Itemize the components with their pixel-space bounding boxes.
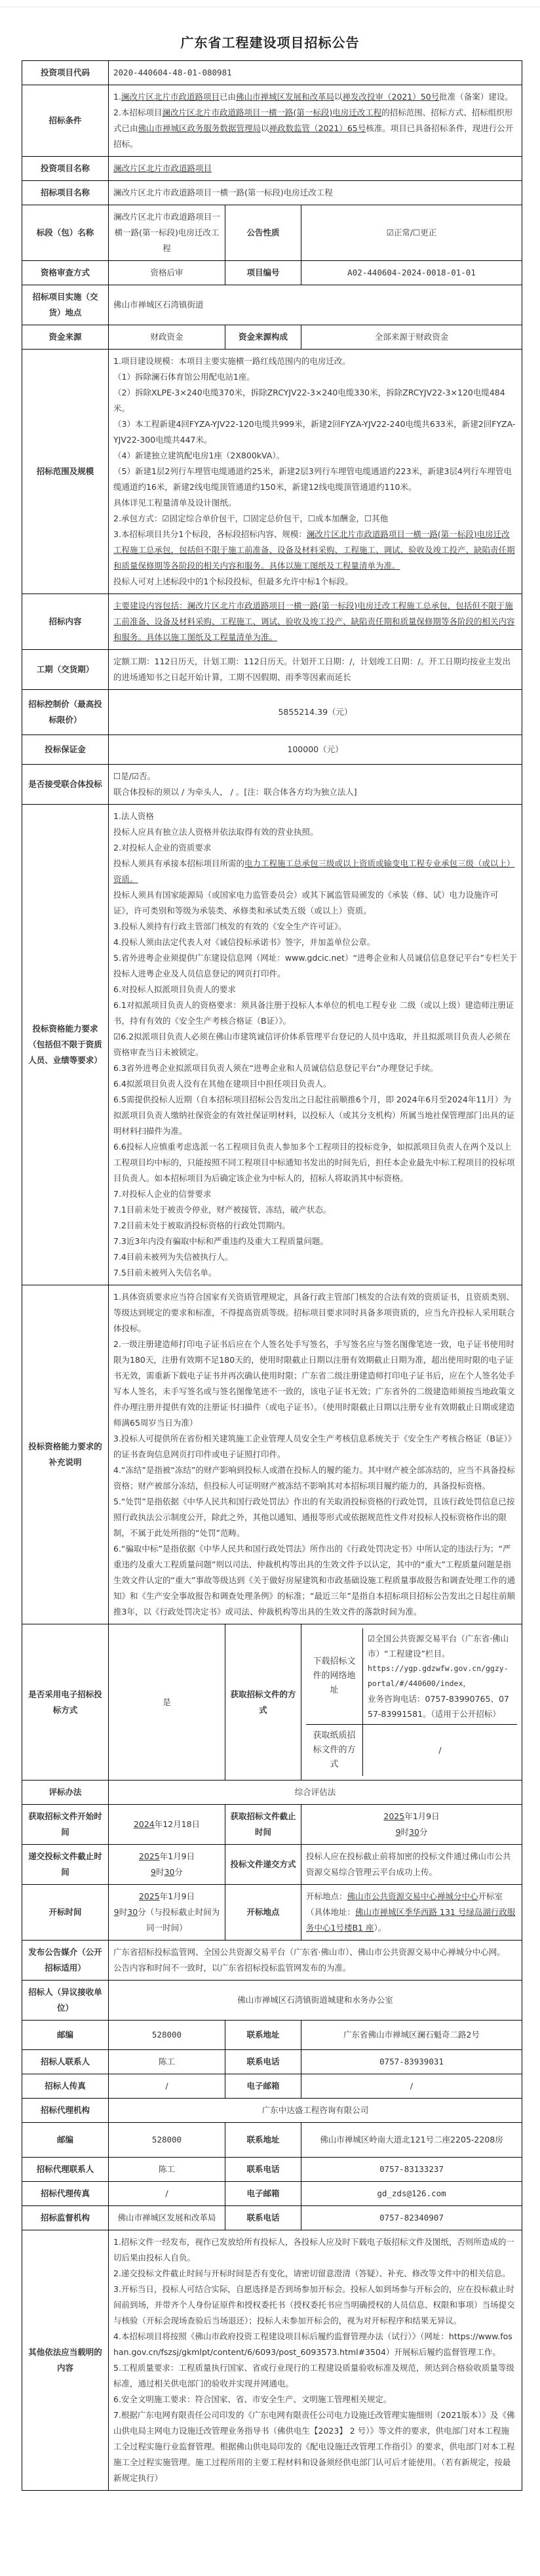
verifying-authority: 佛山市禅城区政务服务数据管理局 — [138, 123, 261, 133]
section-name-value: 澜改片区北片市政道路项目一横一路(第一标段)电房迁改工程 — [109, 205, 225, 261]
deposit-value: 100000（元） — [109, 735, 522, 765]
other-value: 1.招标文件一经发布，视作已发放给所有投标人，各投标人应及时下载电子版招标文件及… — [109, 2230, 522, 2491]
opening-place-value: 开标地点：佛山市公共资源交易中心禅城分中心开标室（具体地址：佛山市禅城区季华西路… — [301, 1885, 522, 1941]
text: 批准（备案）建设。 — [439, 92, 513, 102]
tenderer-value: 佛山市禅城区石湾镇街道城建和水务办公室 — [109, 1981, 522, 2021]
row-other: 其他依法应当载明的内容 1.招标文件一经发布，视作已发放给所有投标人，各投标人应… — [22, 2230, 522, 2491]
agency-zip-value: 528000 — [109, 2123, 225, 2158]
paper-row: 获取纸质招标文件的方式 / — [306, 1725, 517, 1777]
row-control-price: 招标控制价（最高投标限价） 5855214.39（元） — [22, 690, 522, 735]
content-value: 主要建设内容包括：澜改片区北片市政道路项目一横一路(第一标段)电房迁改工程施工总… — [109, 594, 522, 650]
tenderer-person-value: 陈工 — [109, 2050, 225, 2074]
doc-start-label: 获取招标文件开始时间 — [22, 1805, 109, 1845]
agency-email-label: 电子邮箱 — [225, 2182, 301, 2206]
text: 开标地点： — [306, 1891, 347, 1901]
supplement-line: 2.一级注册建造师打印电子证书后应在个人签名处手写签名，手写签名应与签名图像笔迹… — [113, 1337, 517, 1431]
bid-conditions-line2: 2.本招标项目澜改片区北片市政道路项目一横一路(第一标段)电房迁改工程的招标范围… — [113, 105, 517, 152]
row-agency: 招标代理机构 广东中达盛工程咨询有限公司 — [22, 2099, 522, 2123]
other-line: 3.开标当日，投标人可结合实际，自愿选择是否到场参加开标会。投标人如到场参与开标… — [113, 2282, 517, 2329]
tenderer-fax-label: 招标人传真 — [22, 2074, 109, 2099]
row-evaluation: 评标办法 综合评估法 — [22, 1781, 522, 1805]
requirement-line: 投标人须具有国家能源局（或国家电力监管委员会）或其下属监管局颁发的《承装（修、试… — [113, 887, 517, 919]
other-line: 7.根据广东电网有限责任公司印发的《广东电网有限责任公司电力设施迁改管理实施细则… — [113, 2407, 517, 2486]
row-submission: 递交投标文件截止时间 2025年1月9日 9时30分 投标文件递交方式 投标人应… — [22, 1845, 522, 1885]
project-name-link: 澜改片区北片市政道路项目 — [121, 92, 220, 102]
year: 2024 — [134, 1819, 155, 1829]
minute: 30 — [127, 1907, 138, 1917]
requirements-value: 1.法人资格 投标人应具有独立法人资格并依法取得有效的营业执照。 2.对投标人企… — [109, 805, 522, 1285]
scope-line: 投标人可对上述标段中的1个标段投标，但最多允许中标1个标段。 — [113, 574, 517, 590]
media-list: 广东省招标投标监管网、全国公共资源交易平台（广东省·佛山市）、佛山市公共资源交易… — [113, 1944, 517, 1960]
media-value: 广东省招标投标监管网、全国公共资源交易平台（广东省·佛山市）、佛山市公共资源交易… — [109, 1941, 522, 1981]
requirement-line: 3.投标人须持有行政主管部门核发的有效的《安全生产许可证》。 — [113, 919, 517, 935]
year: 2025 — [139, 1851, 160, 1861]
venue: 佛山市公共资源交易中心禅城分中心 — [347, 1891, 478, 1901]
supplement-line: 4.“冻结”是指被“冻结”的财产影响到投标人或潜在投标人的履约能力。其中财产被全… — [113, 1462, 517, 1494]
download-label: 下载招标文件的网络地址 — [306, 1628, 363, 1725]
platform-name: ☑全国公共资源交易平台（广东省·佛山市）“工程建设”栏目。 — [368, 1631, 512, 1661]
investment-name-value: 澜改片区北片市政道路项目 — [109, 157, 522, 181]
scope-line: （4）新建独立建筑配电房1座（2X800kVA）。 — [113, 448, 517, 464]
control-price-value: 5855214.39（元） — [109, 690, 522, 735]
download-url-link[interactable]: https://ygp.gdzwfw.gov.cn/ggzy-portal/#/… — [368, 1661, 512, 1691]
tenderer-person-label: 招标人联系人 — [22, 2050, 109, 2074]
date: 年12月18日 — [155, 1819, 200, 1829]
supplement-label: 投标资格能力要求的补充说明 — [22, 1285, 109, 1624]
opening-value: 2025年1月9日 9时30分（与投标截止时间为同一时间） — [109, 1885, 225, 1941]
doc-end-value: 2025年1月9日 9时30分 — [301, 1805, 522, 1845]
qualification-label: 资格审查方式 — [22, 261, 109, 285]
tenderer-email-value: / — [301, 2074, 522, 2099]
agency-person-value: 陈工 — [109, 2158, 225, 2182]
supplement-line: 6.“骗取中标”是指依据《中华人民共和国行政处罚法》所作出的《行政处罚决定书》中… — [113, 1541, 517, 1620]
text: 主要建设内容包括： — [113, 601, 187, 611]
row-content: 招标内容 主要建设内容包括：澜改片区北片市政道路项目一横一路(第一标段)电房迁改… — [22, 594, 522, 650]
requirement-line: 6.4拟派项目负责人没有在其他在建项目中担任项目负责人。 — [113, 1076, 517, 1092]
approving-authority: 佛山市禅城区发展和改革局 — [236, 92, 334, 102]
evaluation-label: 评标办法 — [22, 1781, 109, 1805]
hour: 9 — [396, 1827, 401, 1837]
text: 1. — [113, 92, 121, 102]
text: 投标人须具有承接本招标项目所需的 — [113, 858, 244, 868]
scope-line: （2）拆除XLPE-3×240电缆370米，拆除ZRCYJV22-3×240电缆… — [113, 385, 517, 416]
obtain-method-label: 获取招标文件的方式 — [225, 1624, 301, 1781]
agency-phone-label: 联系电话 — [225, 2158, 301, 2182]
control-price-label: 招标控制价（最高投标限价） — [22, 690, 109, 735]
consortium-value: ☐是/☑否。 联合体投标的须以 / 为牵头人， / 。[注：联合体各方均为独立法… — [109, 765, 522, 805]
obtain-method-subtable: 下载招标文件的网络地址 ☑全国公共资源交易平台（广东省·佛山市）“工程建设”栏目… — [306, 1628, 517, 1776]
row-section-name: 标段（包）名称 澜改片区北片市政道路项目一横一路(第一标段)电房迁改工程 公告性… — [22, 205, 522, 261]
row-investment-code: 投资项目代码 2020-440604-48-01-080981 — [22, 61, 522, 85]
scope-line: （5）新建1层2列行车埋管电缆通道约25米，新建2层3列行车埋管电缆通道约223… — [113, 464, 517, 495]
opening-note: （与投标截止时间为同一时间） — [146, 1907, 220, 1933]
tenderer-addr-label: 联系地址 — [225, 2021, 301, 2050]
opening-label: 开标时间 — [22, 1885, 109, 1941]
qualification-value: 资格后审 — [109, 261, 225, 285]
requirement-line: 6.3省外进粤企业拟派项目负责人须在“进粤企业和人员诚信信息登记平台”办理登记手… — [113, 1060, 517, 1076]
row-doc-time: 获取招标文件开始时间 2024年12月18日 获取招标文件截止时间 2025年1… — [22, 1805, 522, 1845]
date: 年1月9日 — [160, 1891, 195, 1901]
requirement-line: 7.2目前未处于被取消投标资格的行政处罚期内。 — [113, 1218, 517, 1234]
tenderer-phone-label: 联系电话 — [225, 2050, 301, 2074]
paper-label: 获取纸质招标文件的方式 — [306, 1725, 363, 1777]
opening-place-label: 开标地点 — [225, 1885, 301, 1941]
duration-value: 定额工期：112日历天，计划工期：112日历天。计划开工日期：/，计划竣工日期：… — [109, 650, 522, 690]
investment-code-label: 投资项目代码 — [22, 61, 109, 85]
minute: 30 — [164, 1867, 175, 1877]
tender-announcement-table: 投资项目代码 2020-440604-48-01-080981 招标条件 1.澜… — [22, 60, 522, 2491]
verification-number: 禅政数监管（2021）65号 — [269, 123, 366, 133]
tenderer-label: 招标人（异议接收单位） — [22, 1981, 109, 2021]
announcement-nature-value: ☑正常/☐更正 — [301, 205, 522, 261]
row-tenderer-fax: 招标人传真 / 电子邮箱 / — [22, 2074, 522, 2099]
row-tender-name: 招标项目名称 澜改片区北片市政道路项目一横一路(第一标段)电房迁改工程 — [22, 181, 522, 205]
agency-fax-value: / — [109, 2182, 225, 2206]
requirement-line: 6.对投标人拟派项目负责人的要求 — [113, 982, 517, 997]
supervision-phone-label: 联系电话 — [225, 2206, 301, 2230]
submission-value: 2025年1月9日 9时30分 — [109, 1845, 225, 1885]
submission-method-value: 投标人应在投标截止前将加密的投标文件通过佛山市公共资源交易综合管理云平台成功上传… — [301, 1845, 522, 1885]
row-location: 招标项目实施（交货）地点 佛山市禅城区石湾镇街道 — [22, 285, 522, 325]
requirement-line: 7.5目前未被列入失信名单。 — [113, 1265, 517, 1281]
hour: 9 — [114, 1907, 119, 1917]
date: 年1月9日 — [404, 1811, 439, 1821]
text: ）。 — [374, 1923, 386, 1933]
requirement-line: 7.3近3年内没有骗取中标和严重违约及重大工程质量问题。 — [113, 1234, 517, 1249]
agency-label: 招标代理机构 — [22, 2099, 109, 2123]
agency-person-label: 招标代理联系人 — [22, 2158, 109, 2182]
row-funding: 资金来源 财政资金 资金来源构成 全部来源于财政资金 — [22, 325, 522, 350]
other-line: 2.递交投标文件截止时间与开标时间是否有变化，请密切留意澄清（答疑）、补充、修改… — [113, 2266, 517, 2282]
bid-conditions-value: 1.澜改片区北片市政道路项目已由佛山市禅城区发展和改革局以禅发改投审（2021）… — [109, 85, 522, 157]
consult-phone: 业务咨询电话：0757-83990765、0757-83991581。（适用于公… — [368, 1691, 512, 1721]
supervision-label: 招标监督机构 — [22, 2206, 109, 2230]
row-requirements: 投标资格能力要求（包括但不限于资质人员、业绩等要求） 1.法人资格 投标人应具有… — [22, 805, 522, 1285]
agency-addr-label: 联系地址 — [225, 2123, 301, 2158]
agency-zip-label: 邮编 — [22, 2123, 109, 2158]
supervision-value: 佛山市禅城区发展和改革局 — [109, 2206, 225, 2230]
supervision-phone-value: 0757-82340907 — [301, 2206, 522, 2230]
row-media: 发布公告媒介（公开招标适用） 广东省招标投标监管网、全国公共资源交易平台（广东省… — [22, 1941, 522, 1981]
row-scope: 招标范围及规模 1.项目建设规模：本项目主要实施横一路红线范围内的电房迁改。 （… — [22, 350, 522, 594]
announcement-nature-label: 公告性质 — [225, 205, 301, 261]
tenderer-fax-value: / — [109, 2074, 225, 2099]
tender-project-name: 澜改片区北片市政道路项目一横一路(第一标段)电房迁改工程 — [162, 108, 381, 117]
row-deposit: 投标保证金 100000（元） — [22, 735, 522, 765]
tenderer-addr-value: 广东省佛山市禅城区澜石魁奇二路2号 — [301, 2021, 522, 2050]
scope-line: 具体详见工程量清单及设计图纸。 — [113, 495, 517, 511]
agency-addr-value: 佛山市禅城区岭南大道北121号二座2205-2208房 — [301, 2123, 522, 2158]
row-bid-conditions: 招标条件 1.澜改片区北片市政道路项目已由佛山市禅城区发展和改革局以禅发改投审（… — [22, 85, 522, 157]
other-line: 5.工程质量要求：工程质量执行国家、省或行业现行的工程建设质量验收标准及规范，须… — [113, 2360, 517, 2392]
submission-method-label: 投标文件递交方式 — [225, 1845, 301, 1885]
download-row: 下载招标文件的网络地址 ☑全国公共资源交易平台（广东省·佛山市）“工程建设”栏目… — [306, 1628, 517, 1725]
row-agency-fax: 招标代理传真 / 电子邮箱 gd_zds@126.com — [22, 2182, 522, 2206]
agency-phone-value: 0757-83133237 — [301, 2158, 522, 2182]
requirement-line: 1.法人资格 — [113, 809, 517, 824]
scope-line: （3）本工程新建4回FYZA-YJV22-120电缆共999米，新建2回FYZA… — [113, 416, 517, 448]
page-title: 广东省工程建设项目招标公告 — [0, 32, 540, 51]
supplement-line: 1.具体资质要求应当符合国家有关资质管理规定，具备行政主管部门核发的合法有效的资… — [113, 1289, 517, 1337]
evaluation-value: 综合评估法 — [109, 1781, 522, 1805]
bid-conditions-line1: 1.澜改片区北片市政道路项目已由佛山市禅城区发展和改革局以禅发改投审（2021）… — [113, 89, 517, 105]
investment-code-value: 2020-440604-48-01-080981 — [109, 61, 522, 85]
contract-type-line: 2.承包方式：☑固定综合单价包干，☐固定总价包干，☐成本加酬金，☐其他 — [113, 511, 517, 527]
bid-conditions-label: 招标条件 — [22, 85, 109, 157]
project-number-label: 项目编号 — [225, 261, 301, 285]
agency-value: 广东中达盛工程咨询有限公司 — [109, 2099, 522, 2123]
year: 2025 — [383, 1811, 404, 1821]
doc-start-value: 2024年12月18日 — [109, 1805, 225, 1845]
other-line: 4.本招标项目将按照《佛山市政府投资工程建设项目标后履约监督管理办法（试行）》（… — [113, 2329, 517, 2360]
requirement-line: 4.投标人须由法定代表人对《诚信投标承诺书》签字，并加盖单位公章。 — [113, 935, 517, 950]
investment-name-label: 投资项目名称 — [22, 157, 109, 181]
row-opening: 开标时间 2025年1月9日 9时30分（与投标截止时间为同一时间） 开标地点 … — [22, 1885, 522, 1941]
media-note: 公告内容和时间不一致时，以广东省招标投标监管网发布的为准。 — [113, 1960, 517, 1976]
row-duration: 工期（交货期） 定额工期：112日历天，计划工期：112日历天。计划开工日期：/… — [22, 650, 522, 690]
other-line: 1.招标文件一经发布，视作已发放给所有投标人，各投标人应及时下载电子版招标文件及… — [113, 2234, 517, 2266]
funding-value: 财政资金 — [109, 325, 225, 350]
project-number-value: A02-440604-2024-0018-01-01 — [301, 261, 522, 285]
requirement-line: ☑6.2拟派项目负责人必须在佛山市建筑诚信评价体系管理平台登记的人员中选取，并且… — [113, 1029, 517, 1060]
row-tenderer-zip: 邮编 528000 联系地址 广东省佛山市禅城区澜石魁奇二路2号 — [22, 2021, 522, 2050]
year: 2025 — [139, 1891, 160, 1901]
tenderer-email-label: 电子邮箱 — [225, 2074, 301, 2099]
requirements-label: 投标资格能力要求（包括但不限于资质人员、业绩等要求） — [22, 805, 109, 1285]
row-qualification: 资格审查方式 资格后审 项目编号 A02-440604-2024-0018-01… — [22, 261, 522, 285]
bottom-whitespace — [0, 2491, 540, 2576]
submission-label: 递交投标文件截止时间 — [22, 1845, 109, 1885]
supplement-line: 5.“处罚”是指依据《中华人民共和国行政处罚法》作出的有关取消投标资格的行政处罚… — [113, 1494, 517, 1541]
scope-line-3: 3.本招标项目共分1个标段，各标段招标内容、规模：澜改片区北片市政道路项目一横一… — [113, 527, 517, 574]
tender-name-label: 招标项目名称 — [22, 181, 109, 205]
row-supervision: 招标监督机构 佛山市禅城区发展和改革局 联系电话 0757-82340907 — [22, 2206, 522, 2230]
doc-end-label: 获取招标文件截止时间 — [225, 1805, 301, 1845]
row-agency-zip: 邮编 528000 联系地址 佛山市禅城区岭南大道北121号二座2205-220… — [22, 2123, 522, 2158]
row-electronic: 是否采用电子招标投标方式 是 获取招标文件的方式 下载招标文件的网络地址 ☑全国… — [22, 1624, 522, 1781]
scope-line: 1.项目建设规模：本项目主要实施横一路红线范围内的电房迁改。 — [113, 353, 517, 369]
tenderer-zip-value: 528000 — [109, 2021, 225, 2050]
location-value: 佛山市禅城区石湾镇街道 — [109, 285, 522, 325]
funding-label: 资金来源 — [22, 325, 109, 350]
approval-number: 禅发改投审（2021）50号 — [343, 92, 440, 102]
tenderer-zip-label: 邮编 — [22, 2021, 109, 2050]
download-value: ☑全国公共资源交易平台（广东省·佛山市）“工程建设”栏目。 https://yg… — [363, 1628, 518, 1725]
requirement-line: 7.1目前未处于被责令停业，财产被接管、冻结，破产状态。 — [113, 1202, 517, 1218]
requirement-line: 6.1对拟派项目负责人的资格要求：须具备注册于投标人本单位的机电工程专业 二级（… — [113, 997, 517, 1029]
requirement-line: 5.省外进粤企业须提供广东建设信息网（网址：www.gdcic.net）“进粤企… — [113, 950, 517, 982]
consortium-choice: ☐是/☑否。 — [113, 769, 517, 784]
media-label: 发布公告媒介（公开招标适用） — [22, 1941, 109, 1981]
requirement-line: 7.对投标人企业的信誉要求 — [113, 1186, 517, 1202]
text: 2.本招标项目 — [113, 108, 162, 117]
text: 以 — [261, 123, 269, 133]
funding-composition-label: 资金来源构成 — [225, 325, 301, 350]
requirement-line: 7.4目前未被列为失信被执行人。 — [113, 1249, 517, 1265]
row-consortium: 是否接受联合体投标 ☐是/☑否。 联合体投标的须以 / 为牵头人， / 。[注：… — [22, 765, 522, 805]
text: 3.本招标项目共分1个标段，各标段招标内容、规模： — [113, 529, 307, 539]
deposit-label: 投标保证金 — [22, 735, 109, 765]
hour: 9 — [151, 1867, 156, 1877]
date: 年1月9日 — [160, 1851, 195, 1861]
other-line: 6.安全文明施工要求：符合国家、省、市安全生产、文明施工管理相关规定。 — [113, 2392, 517, 2407]
row-investment-name: 投资项目名称 澜改片区北片市政道路项目 — [22, 157, 522, 181]
supplement-line: 3.投标人可提供所在省份相关建筑施工企业管理人员安全生产考核信息系统关于《安全生… — [113, 1431, 517, 1462]
location-label: 招标项目实施（交货）地点 — [22, 285, 109, 325]
requirement-line: 投标人应具有独立法人资格并依法取得有效的营业执照。 — [113, 824, 517, 840]
duration-label: 工期（交货期） — [22, 650, 109, 690]
scope-value: 1.项目建设规模：本项目主要实施横一路红线范围内的电房迁改。 （1）拆除澜石体育… — [109, 350, 522, 594]
supplement-value: 1.具体资质要求应当符合国家有关资质管理规定，具备行政主管部门核发的合法有效的资… — [109, 1285, 522, 1624]
agency-fax-label: 招标代理传真 — [22, 2182, 109, 2206]
row-supplement: 投标资格能力要求的补充说明 1.具体资质要求应当符合国家有关资质管理规定，具备行… — [22, 1285, 522, 1624]
requirement-line: 6.5需提供投标人近期（自本招标项目招标公告发出之日起往前顺推6个月，即 202… — [113, 1092, 517, 1139]
minute: 30 — [409, 1827, 419, 1837]
scope-line: （1）拆除澜石体育馆公用配电站1座。 — [113, 369, 517, 385]
row-tenderer: 招标人（异议接收单位） 佛山市禅城区石湾镇街道城建和水务办公室 — [22, 1981, 522, 2021]
section-name-label: 标段（包）名称 — [22, 205, 109, 261]
electronic-label: 是否采用电子招标投标方式 — [22, 1624, 109, 1781]
tender-name-value: 澜改片区北片市政道路项目一横一路(第一标段)电房迁改工程 — [109, 181, 522, 205]
funding-composition-value: 全部来源于财政资金 — [301, 325, 522, 350]
top-divider — [0, 0, 540, 7]
requirement-line: 2.对投标人企业的资质要求 — [113, 840, 517, 856]
consortium-label: 是否接受联合体投标 — [22, 765, 109, 805]
qualification-requirement: 投标人须具有承接本招标项目所需的电力工程施工总承包三级或以上资质或输变电工程专业… — [113, 856, 517, 887]
scope-label: 招标范围及规模 — [22, 350, 109, 594]
other-label: 其他依法应当载明的内容 — [22, 2230, 109, 2491]
agency-email-value[interactable]: gd_zds@126.com — [301, 2182, 522, 2206]
electronic-value: 是 — [109, 1624, 225, 1781]
content-label: 招标内容 — [22, 594, 109, 650]
consortium-note: 联合体投标的须以 / 为牵头人， / 。[注：联合体各方均为独立法人] — [113, 784, 517, 800]
row-agency-person: 招标代理联系人 陈工 联系电话 0757-83133237 — [22, 2158, 522, 2182]
paper-value: / — [363, 1725, 518, 1777]
text: 已由 — [220, 92, 236, 102]
row-tenderer-person: 招标人联系人 陈工 联系电话 0757-83939031 — [22, 2050, 522, 2074]
tenderer-phone-value: 0757-83939031 — [301, 2050, 522, 2074]
text: 以 — [334, 92, 343, 102]
obtain-method-cell: 下载招标文件的网络地址 ☑全国公共资源交易平台（广东省·佛山市）“工程建设”栏目… — [301, 1624, 522, 1781]
requirement-line: 6.6投标人应慎重考虑选派一名工程项目负责人参加多个工程项目的投标竞争，如拟派项… — [113, 1139, 517, 1186]
